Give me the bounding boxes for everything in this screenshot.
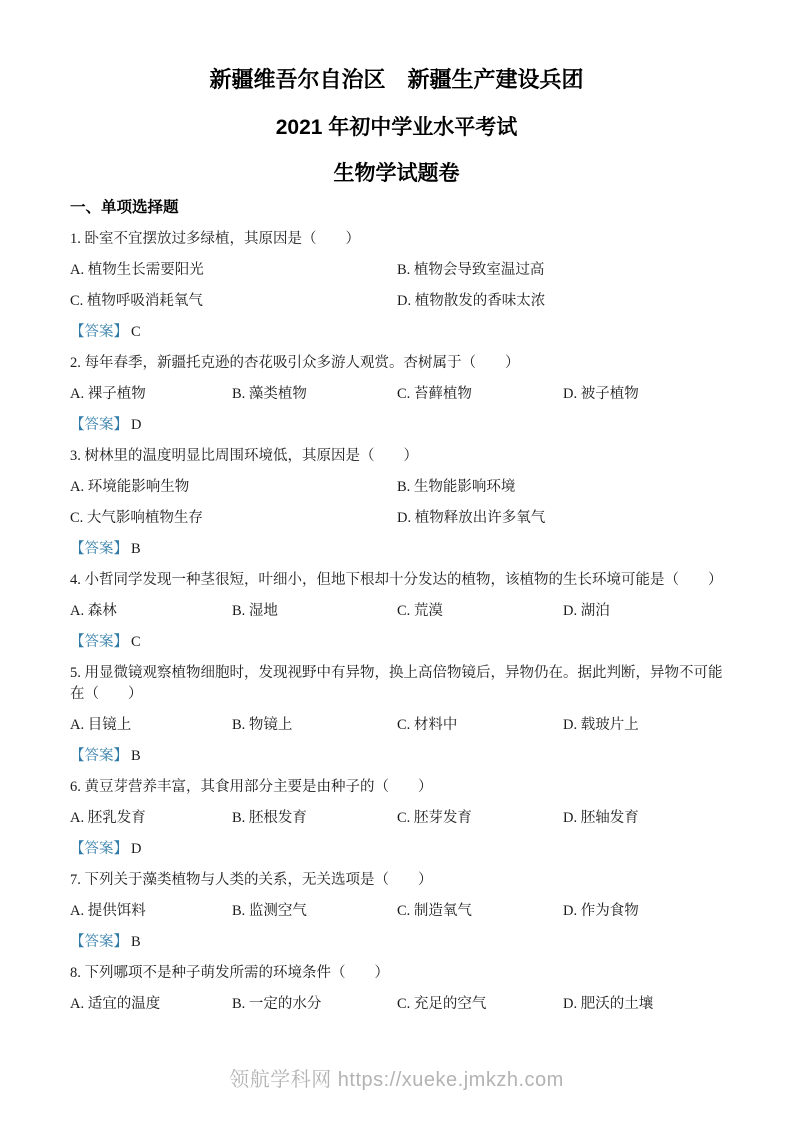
option-key: A. [70,903,84,919]
exam-session-title: 2021 年初中学业水平考试 [70,114,723,141]
option-key: D. [397,293,411,309]
option-text: 植物释放出许多氧气 [415,510,546,526]
answer-label: 【答案】 [70,841,128,857]
option: D. 湖泊 [563,601,723,622]
answer-value: B [131,541,141,557]
answer-label: 【答案】 [70,324,128,340]
question-number: 6. [70,779,81,795]
option: A. 胚乳发育 [70,808,232,829]
option: C. 充足的空气 [397,994,563,1015]
question-stem: 1. 卧室不宜摆放过多绿植，其原因是（ ） [70,229,723,250]
answer-line: 【答案】B [70,746,723,767]
question-number: 1. [70,231,81,247]
option-text: 植物生长需要阳光 [88,262,204,278]
option: D. 植物释放出许多氧气 [397,508,723,529]
question-stem: 6. 黄豆芽营养丰富，其食用部分主要是由种子的（ ） [70,777,723,798]
option: C. 制造氧气 [397,901,563,922]
option-key: A. [70,717,84,733]
question-number: 8. [70,965,81,981]
option: B. 监测空气 [232,901,397,922]
option-text: 藻类植物 [249,386,307,402]
option-key: B. [232,386,245,402]
question-text: 每年春季，新疆托克逊的杏花吸引众多游人观赏。杏树属于（ ） [85,355,520,371]
option: C. 苔藓植物 [397,384,563,405]
answer-value: C [131,324,141,340]
option-key: C. [397,903,410,919]
question-text: 下列关于藻类植物与人类的关系，无关选项是（ ） [85,872,433,888]
option-text: 目镜上 [88,717,132,733]
option-key: B. [397,262,410,278]
option-text: 适宜的温度 [88,996,161,1012]
option-text: 胚根发育 [249,810,307,826]
answer-value: B [131,934,141,950]
option-row: A. 森林 B. 湿地 C. 荒漠 D. 湖泊 [70,601,723,622]
option-row: A. 环境能影响生物 B. 生物能影响环境 C. 大气影响植物生存 D. 植物释… [70,477,723,529]
question-block: 4. 小哲同学发现一种茎很短，叶细小，但地下根却十分发达的植物，该植物的生长环境… [70,570,723,653]
option-key: A. [70,996,84,1012]
option: B. 物镜上 [232,715,397,736]
option: C. 植物呼吸消耗氧气 [70,291,397,312]
option-text: 物镜上 [249,717,293,733]
option-text: 肥沃的土壤 [581,996,654,1012]
question-block: 7. 下列关于藻类植物与人类的关系，无关选项是（ ） A. 提供饵料 B. 监测… [70,870,723,953]
option-key: C. [70,510,83,526]
question-number: 3. [70,448,81,464]
question-block: 8. 下列哪项不是种子萌发所需的环境条件（ ） A. 适宜的温度 B. 一定的水… [70,963,723,1015]
option: A. 环境能影响生物 [70,477,397,498]
answer-value: D [131,841,141,857]
option-key: C. [397,603,410,619]
question-stem: 3. 树林里的温度明显比周围环境低，其原因是（ ） [70,446,723,467]
option-text: 环境能影响生物 [88,479,190,495]
answer-line: 【答案】D [70,839,723,860]
option-text: 胚乳发育 [88,810,146,826]
option-text: 胚芽发育 [414,810,472,826]
option-key: B. [232,717,245,733]
option-row: A. 裸子植物 B. 藻类植物 C. 苔藓植物 D. 被子植物 [70,384,723,405]
option: B. 植物会导致室温过高 [397,260,723,281]
answer-line: 【答案】C [70,632,723,653]
question-stem: 7. 下列关于藻类植物与人类的关系，无关选项是（ ） [70,870,723,891]
option-key: C. [397,996,410,1012]
option: A. 植物生长需要阳光 [70,260,397,281]
option: C. 材料中 [397,715,563,736]
answer-line: 【答案】B [70,932,723,953]
option: B. 胚根发育 [232,808,397,829]
option-key: A. [70,262,84,278]
paper-title: 生物学试题卷 [70,160,723,187]
question-text: 树林里的温度明显比周围环境低，其原因是（ ） [85,448,419,464]
question-block: 3. 树林里的温度明显比周围环境低，其原因是（ ） A. 环境能影响生物 B. … [70,446,723,560]
question-block: 1. 卧室不宜摆放过多绿植，其原因是（ ） A. 植物生长需要阳光 B. 植物会… [70,229,723,343]
option: A. 提供饵料 [70,901,232,922]
page-title: 新疆维吾尔自治区 新疆生产建设兵团 [70,66,723,94]
option-text: 提供饵料 [88,903,146,919]
option: D. 载玻片上 [563,715,723,736]
option-row: A. 适宜的温度 B. 一定的水分 C. 充足的空气 D. 肥沃的土壤 [70,994,723,1015]
option: D. 作为食物 [563,901,723,922]
option-key: C. [70,293,83,309]
option-key: C. [397,810,410,826]
option-key: B. [232,810,245,826]
answer-value: D [131,417,141,433]
option: C. 大气影响植物生存 [70,508,397,529]
question-number: 2. [70,355,81,371]
answer-label: 【答案】 [70,748,128,764]
option-text: 植物呼吸消耗氧气 [87,293,203,309]
option: A. 森林 [70,601,232,622]
option-key: A. [70,479,84,495]
answer-label: 【答案】 [70,934,128,950]
option-text: 充足的空气 [414,996,487,1012]
answer-value: B [131,748,141,764]
option-key: B. [397,479,410,495]
option-text: 湿地 [249,603,278,619]
option-text: 材料中 [414,717,458,733]
option-row: A. 提供饵料 B. 监测空气 C. 制造氧气 D. 作为食物 [70,901,723,922]
option-key: D. [563,996,577,1012]
question-number: 5. [70,665,81,681]
option-key: D. [397,510,411,526]
answer-value: C [131,634,141,650]
option: C. 胚芽发育 [397,808,563,829]
option: D. 胚轴发育 [563,808,723,829]
option: B. 湿地 [232,601,397,622]
option-text: 制造氧气 [414,903,472,919]
option-key: D. [563,603,577,619]
option-key: D. [563,386,577,402]
option-text: 苔藓植物 [414,386,472,402]
footer-watermark: 领航学科网 https://xueke.jmkzh.com [0,1068,793,1092]
option-key: A. [70,386,84,402]
option: B. 藻类植物 [232,384,397,405]
answer-label: 【答案】 [70,634,128,650]
option-text: 生物能影响环境 [414,479,516,495]
option-text: 一定的水分 [249,996,322,1012]
question-block: 2. 每年春季，新疆托克逊的杏花吸引众多游人观赏。杏树属于（ ） A. 裸子植物… [70,353,723,436]
question-stem: 5. 用显微镜观察植物细胞时，发现视野中有异物，换上高倍物镜后，异物仍在。据此判… [70,663,723,705]
question-stem: 8. 下列哪项不是种子萌发所需的环境条件（ ） [70,963,723,984]
document-page: 新疆维吾尔自治区 新疆生产建设兵团 2021 年初中学业水平考试 生物学试题卷 … [0,0,793,1122]
option-key: C. [397,386,410,402]
option: A. 裸子植物 [70,384,232,405]
option-key: D. [563,903,577,919]
question-stem: 2. 每年春季，新疆托克逊的杏花吸引众多游人观赏。杏树属于（ ） [70,353,723,374]
answer-line: 【答案】C [70,322,723,343]
question-block: 5. 用显微镜观察植物细胞时，发现视野中有异物，换上高倍物镜后，异物仍在。据此判… [70,663,723,767]
option-text: 监测空气 [249,903,307,919]
question-text: 用显微镜观察植物细胞时，发现视野中有异物，换上高倍物镜后，异物仍在。据此判断，异… [70,665,723,702]
option-key: D. [563,717,577,733]
option-text: 植物散发的香味太浓 [415,293,546,309]
option-text: 植物会导致室温过高 [414,262,545,278]
option-text: 湖泊 [581,603,610,619]
option-text: 载玻片上 [581,717,639,733]
question-number: 7. [70,872,81,888]
answer-line: 【答案】B [70,539,723,560]
option: D. 被子植物 [563,384,723,405]
option: B. 一定的水分 [232,994,397,1015]
option-text: 大气影响植物生存 [87,510,203,526]
question-text: 下列哪项不是种子萌发所需的环境条件（ ） [85,965,390,981]
option-row: A. 目镜上 B. 物镜上 C. 材料中 D. 载玻片上 [70,715,723,736]
question-text: 卧室不宜摆放过多绿植，其原因是（ ） [85,231,361,247]
option: B. 生物能影响环境 [397,477,723,498]
question-block: 6. 黄豆芽营养丰富，其食用部分主要是由种子的（ ） A. 胚乳发育 B. 胚根… [70,777,723,860]
option-text: 被子植物 [581,386,639,402]
option-text: 森林 [88,603,117,619]
question-number: 4. [70,572,81,588]
answer-label: 【答案】 [70,541,128,557]
option-text: 作为食物 [581,903,639,919]
section-heading: 一、单项选择题 [70,197,723,219]
option: C. 荒漠 [397,601,563,622]
option-row: A. 胚乳发育 B. 胚根发育 C. 胚芽发育 D. 胚轴发育 [70,808,723,829]
option-row: A. 植物生长需要阳光 B. 植物会导致室温过高 C. 植物呼吸消耗氧气 D. … [70,260,723,312]
question-text: 黄豆芽营养丰富，其食用部分主要是由种子的（ ） [85,779,433,795]
question-stem: 4. 小哲同学发现一种茎很短，叶细小，但地下根却十分发达的植物，该植物的生长环境… [70,570,723,591]
option-key: C. [397,717,410,733]
option-text: 荒漠 [414,603,443,619]
answer-line: 【答案】D [70,415,723,436]
option-key: D. [563,810,577,826]
option-key: A. [70,603,84,619]
option-key: B. [232,603,245,619]
option: A. 目镜上 [70,715,232,736]
option: A. 适宜的温度 [70,994,232,1015]
option-key: A. [70,810,84,826]
document-header: 新疆维吾尔自治区 新疆生产建设兵团 2021 年初中学业水平考试 生物学试题卷 [70,66,723,187]
question-text: 小哲同学发现一种茎很短，叶细小，但地下根却十分发达的植物，该植物的生长环境可能是… [85,572,723,588]
answer-label: 【答案】 [70,417,128,433]
option-text: 裸子植物 [88,386,146,402]
option: D. 肥沃的土壤 [563,994,723,1015]
option: D. 植物散发的香味太浓 [397,291,723,312]
question-list: 1. 卧室不宜摆放过多绿植，其原因是（ ） A. 植物生长需要阳光 B. 植物会… [70,229,723,1015]
option-text: 胚轴发育 [581,810,639,826]
option-key: B. [232,903,245,919]
option-key: B. [232,996,245,1012]
